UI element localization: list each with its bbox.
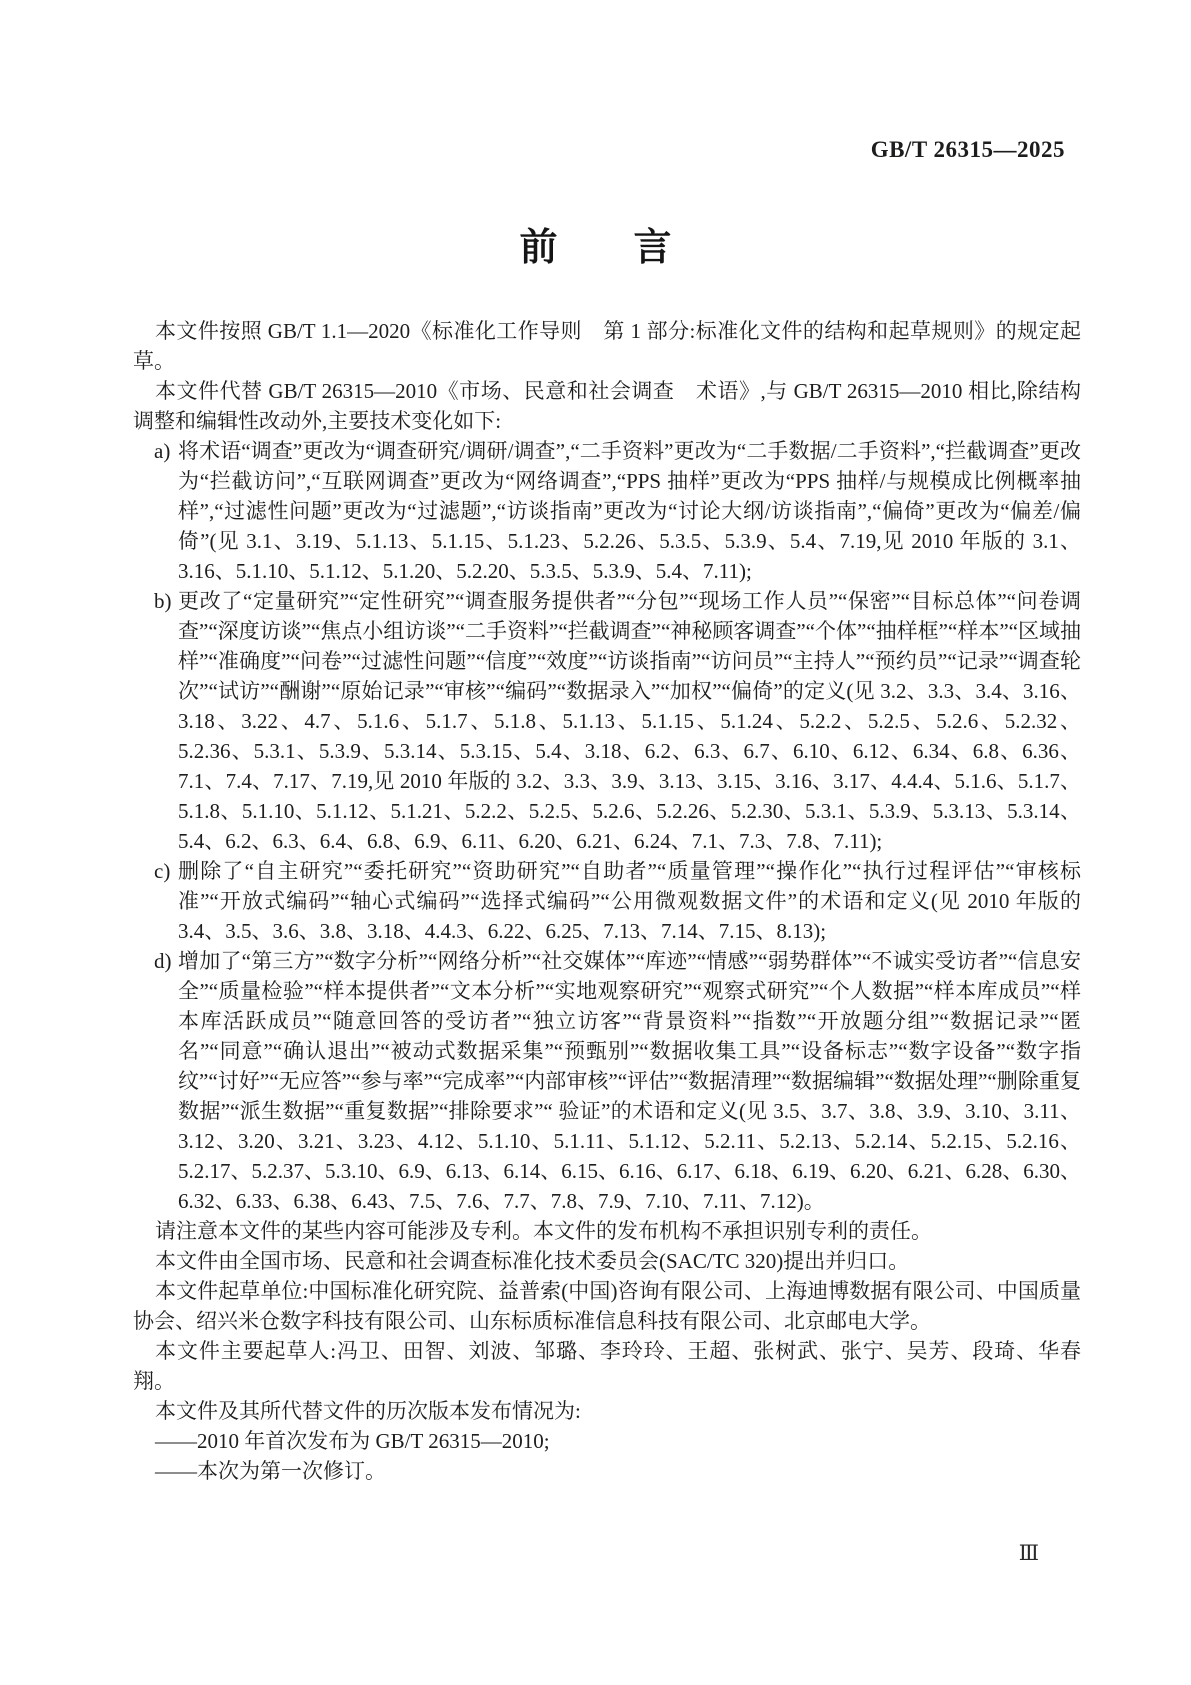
list-marker-b: b): [154, 586, 172, 616]
page-title: 前 言: [0, 216, 1191, 271]
list-text-c: 删除了“自主研究”“委托研究”“资助研究”“自助者”“质量管理”“操作化”“执行…: [178, 859, 1081, 943]
paragraph-replacement-notice: 本文件代替 GB/T 26315—2010《市场、民意和社会调查 术语》,与 G…: [133, 376, 1081, 436]
list-text-b: 更改了“定量研究”“定性研究”“调查服务提供者”“分包”“现场工作人员”“保密”…: [178, 589, 1081, 853]
list-text-a: 将术语“调查”更改为“调查研究/调研/调查”,“二手资料”更改为“二手数据/二手…: [178, 439, 1081, 583]
revision-history-item-first-revision: ——本次为第一次修订。: [133, 1456, 1081, 1486]
revision-history-item-first-release: ——2010 年首次发布为 GB/T 26315—2010;: [133, 1426, 1081, 1456]
paragraph-version-history-intro: 本文件及其所代替文件的历次版本发布情况为:: [133, 1396, 1081, 1426]
list-marker-d: d): [154, 946, 172, 976]
change-list-item-a: a) 将术语“调查”更改为“调查研究/调研/调查”,“二手资料”更改为“二手数据…: [133, 436, 1081, 586]
foreword-content: 本文件按照 GB/T 1.1—2020《标准化工作导则 第 1 部分:标准化文件…: [133, 316, 1081, 1486]
paragraph-drafters: 本文件主要起草人:冯卫、田智、刘波、邹璐、李玲玲、王超、张树武、张宁、吴芳、段琦…: [133, 1336, 1081, 1396]
paragraph-drafting-basis: 本文件按照 GB/T 1.1—2020《标准化工作导则 第 1 部分:标准化文件…: [133, 316, 1081, 376]
standard-number: GB/T 26315—2025: [871, 137, 1065, 163]
page-number: Ⅲ: [1019, 1541, 1039, 1566]
paragraph-committee: 本文件由全国市场、民意和社会调查标准化技术委员会(SAC/TC 320)提出并归…: [133, 1246, 1081, 1276]
document-page: GB/T 26315—2025 前 言 本文件按照 GB/T 1.1—2020《…: [0, 0, 1191, 1685]
change-list-item-d: d) 增加了“第三方”“数字分析”“网络分析”“社交媒体”“库迹”“情感”“弱势…: [133, 946, 1081, 1216]
paragraph-drafting-organizations: 本文件起草单位:中国标准化研究院、益普索(中国)咨询有限公司、上海迪博数据有限公…: [133, 1276, 1081, 1336]
change-list-item-b: b) 更改了“定量研究”“定性研究”“调查服务提供者”“分包”“现场工作人员”“…: [133, 586, 1081, 856]
list-text-d: 增加了“第三方”“数字分析”“网络分析”“社交媒体”“库迹”“情感”“弱势群体”…: [178, 949, 1081, 1213]
list-marker-a: a): [154, 436, 170, 466]
paragraph-patent-notice: 请注意本文件的某些内容可能涉及专利。本文件的发布机构不承担识别专利的责任。: [133, 1216, 1081, 1246]
change-list-item-c: c) 删除了“自主研究”“委托研究”“资助研究”“自助者”“质量管理”“操作化”…: [133, 856, 1081, 946]
list-marker-c: c): [154, 856, 170, 886]
